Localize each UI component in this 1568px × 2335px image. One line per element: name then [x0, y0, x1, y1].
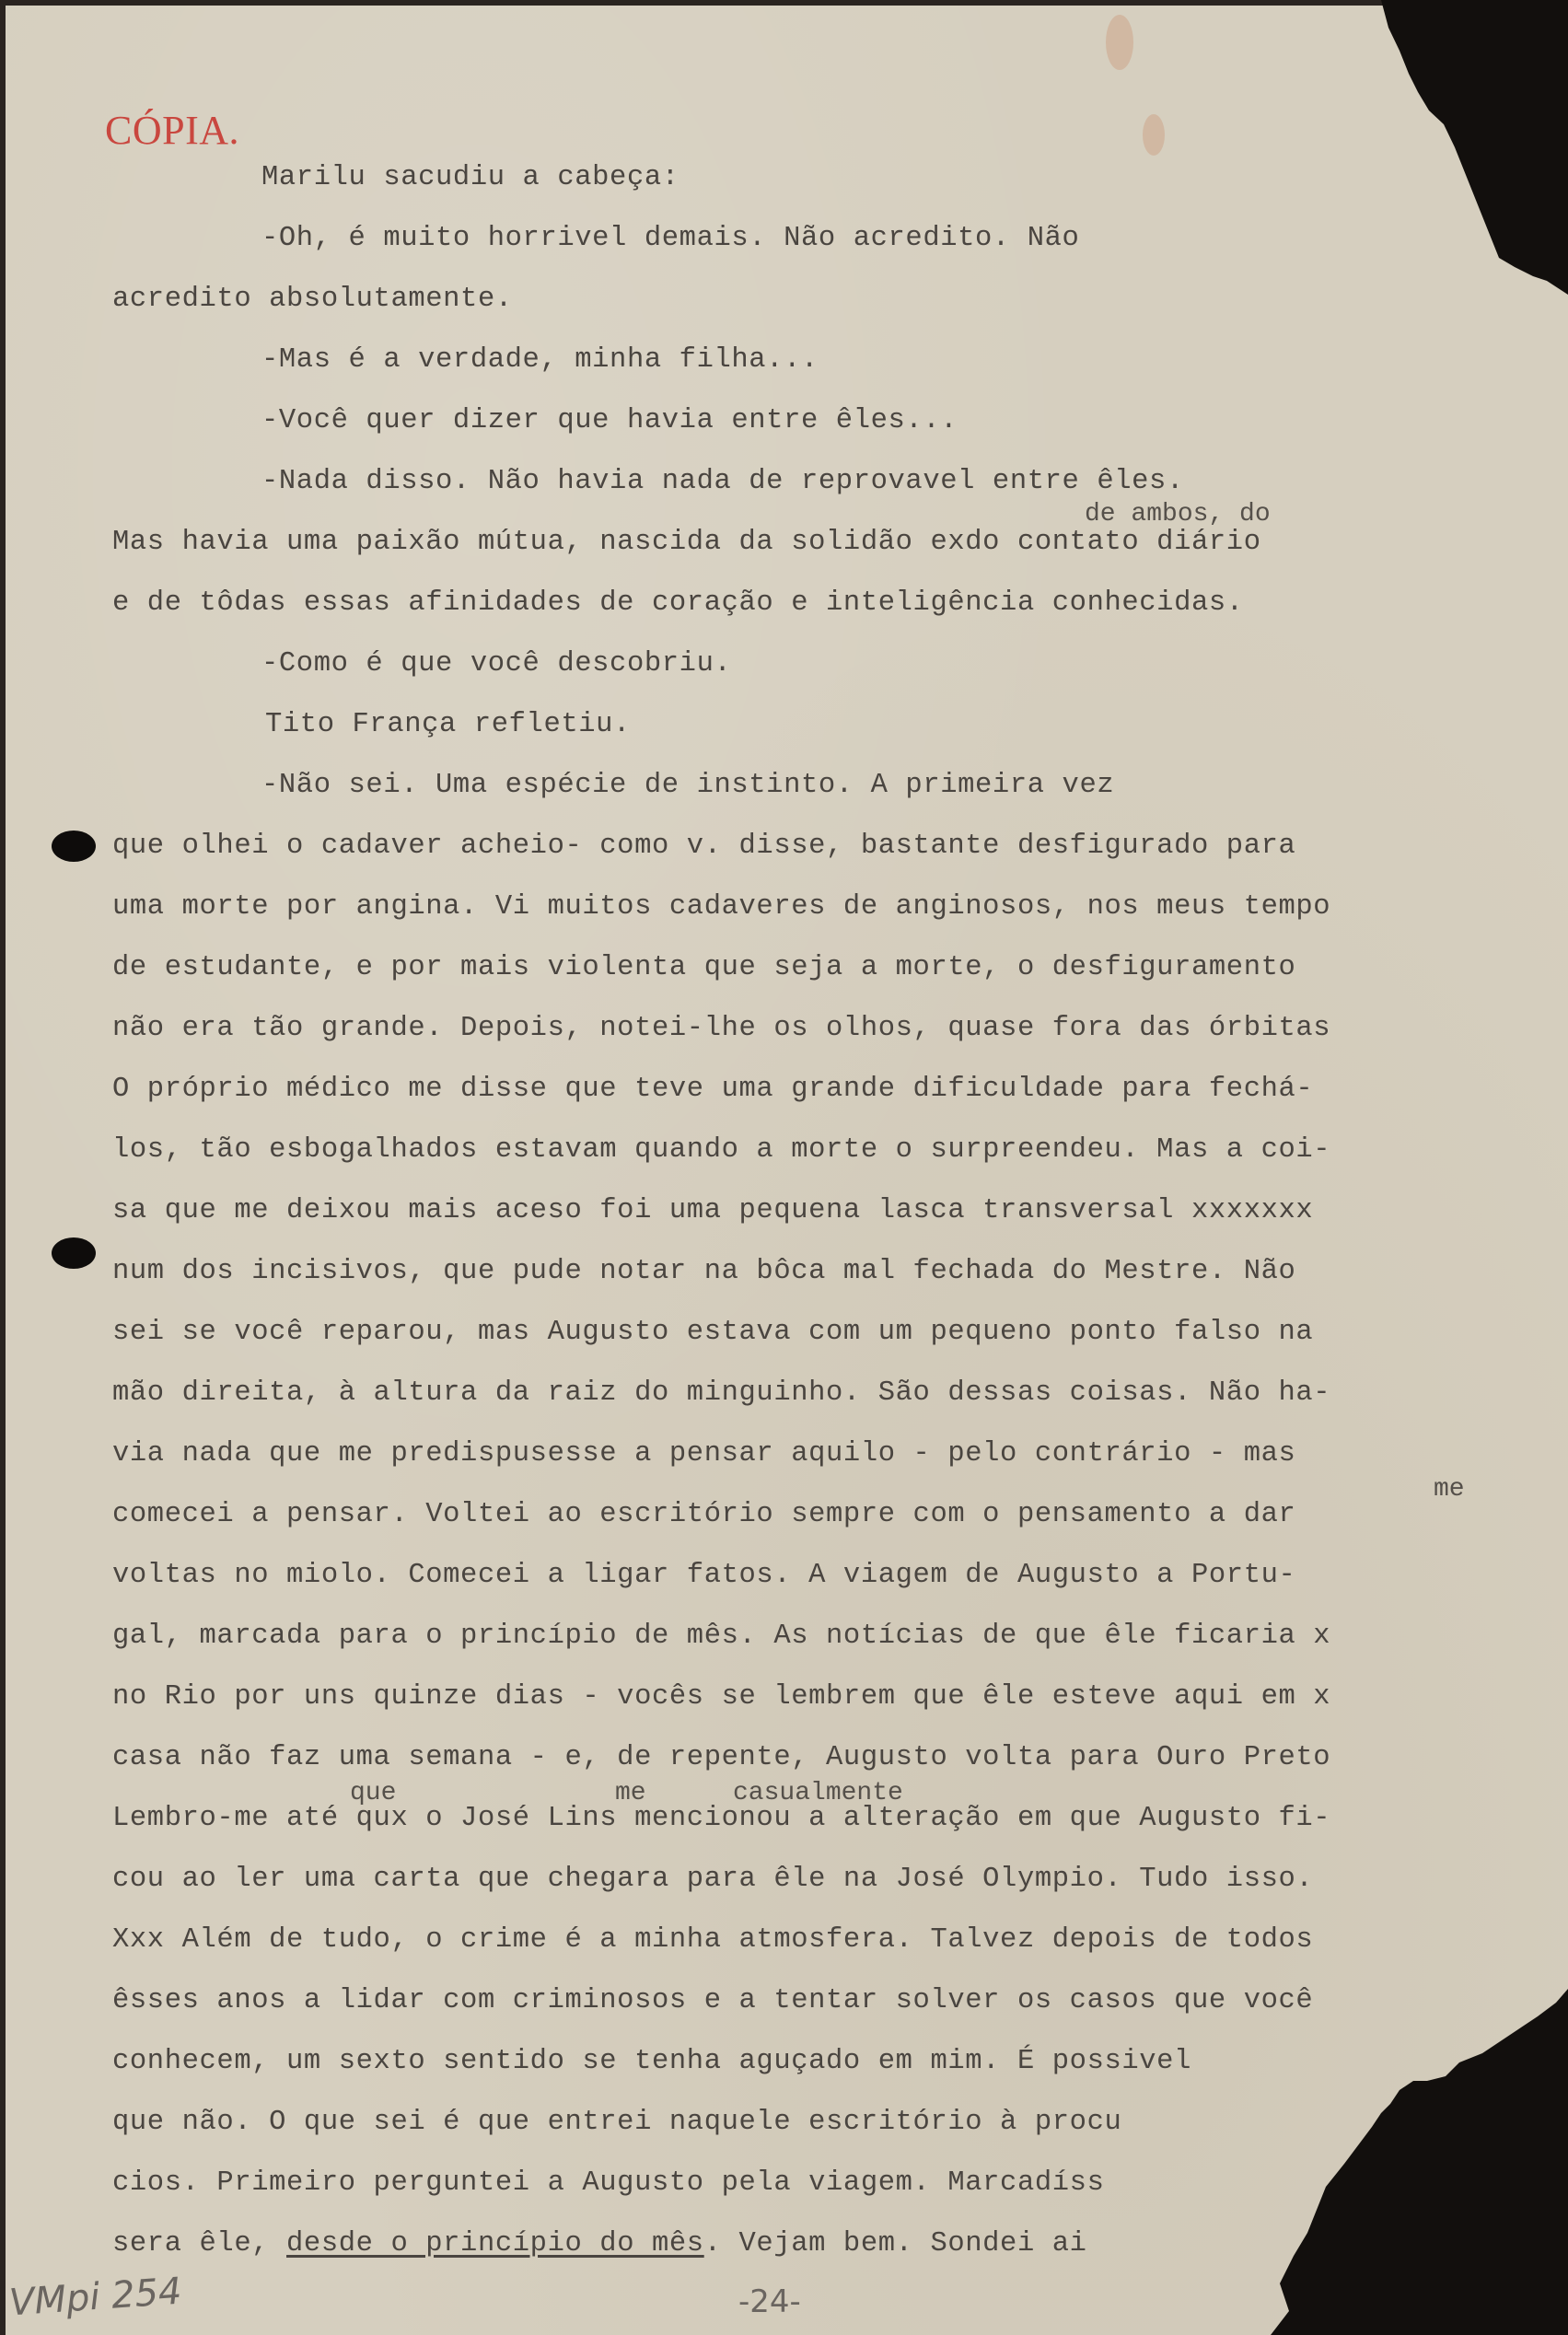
- text-line: -Oh, é muito horrivel demais. Não acredi…: [261, 223, 1079, 254]
- text-line: acredito absolutamente.: [112, 284, 513, 315]
- text-line: sa que me deixou mais aceso foi uma pequ…: [112, 1195, 1313, 1226]
- text-line: num dos incisivos, que pude notar na bôc…: [112, 1256, 1295, 1287]
- text-line: cios. Primeiro perguntei a Augusto pela …: [112, 2167, 1104, 2199]
- interlinear-insertion: de ambos, do: [1085, 500, 1271, 529]
- torn-corner-bottom-right: [1271, 1989, 1568, 2335]
- text-line: Mas havia uma paixão mútua, nascida da s…: [112, 527, 1261, 558]
- text-line: -Como é que você descobriu.: [261, 648, 731, 680]
- copy-stamp: CÓPIA.: [105, 107, 239, 154]
- text-line: sei se você reparou, mas Augusto estava …: [112, 1317, 1313, 1348]
- text-line: Xxx Além de tudo, o crime é a minha atmo…: [112, 1924, 1313, 1956]
- text-line: no Rio por uns quinze dias - vocês se le…: [112, 1681, 1330, 1713]
- text-line: comecei a pensar. Voltei ao escritório s…: [112, 1499, 1295, 1530]
- text-line: -Você quer dizer que havia entre êles...: [261, 405, 958, 436]
- text-line: casa não faz uma semana - e, de repente,…: [112, 1742, 1330, 1773]
- text-line: -Nada disso. Não havia nada de reprovave…: [261, 466, 1184, 497]
- text-line: que não. O que sei é que entrei naquele …: [112, 2107, 1121, 2138]
- text-line: Tito França refletiu.: [265, 709, 631, 740]
- handwritten-catalog-note: VMpi 254: [8, 2271, 183, 2325]
- punch-hole-bottom: [52, 1237, 96, 1269]
- page-number: -24-: [738, 2283, 801, 2320]
- text-line: Lembro-me até qux o José Lins mencionou …: [112, 1803, 1330, 1834]
- text-line: -Mas é a verdade, minha filha...: [261, 344, 819, 376]
- text-line: gal, marcada para o princípio de mês. As…: [112, 1621, 1330, 1652]
- punch-hole-top: [52, 831, 96, 862]
- interlinear-insertion: me: [1434, 1475, 1465, 1504]
- text-line: não era tão grande. Depois, notei-lhe os…: [112, 1013, 1330, 1044]
- text-line: los, tão esbogalhados estavam quando a m…: [112, 1134, 1330, 1166]
- text-line: uma morte por angina. Vi muitos cadavere…: [112, 891, 1330, 923]
- torn-corner-top-right: [1271, 0, 1568, 295]
- underlined-phrase: desde o princípio do mês: [286, 2228, 704, 2259]
- text-line: que olhei o cadaver acheio- como v. diss…: [112, 831, 1295, 862]
- text-line: voltas no miolo. Comecei a ligar fatos. …: [112, 1560, 1295, 1591]
- text-line: de estudante, e por mais violenta que se…: [112, 952, 1295, 983]
- text-line: mão direita, à altura da raiz do minguin…: [112, 1377, 1330, 1409]
- text-line: e de tôdas essas afinidades de coração e…: [112, 587, 1244, 619]
- typewritten-page: CÓPIA. Marilu sacudiu a cabeça: -Oh, é m…: [6, 6, 1568, 2335]
- text-line: -Não sei. Uma espécie de instinto. A pri…: [261, 770, 1114, 801]
- text-line: êsses anos a lidar com criminosos e a te…: [112, 1985, 1313, 2016]
- text-segment: . Vejam bem. Sondei ai: [704, 2228, 1087, 2259]
- text-line: conhecem, um sexto sentido se tenha aguç…: [112, 2046, 1191, 2077]
- text-line: cou ao ler uma carta que chegara para êl…: [112, 1864, 1313, 1895]
- text-line: O próprio médico me disse que teve uma g…: [112, 1074, 1313, 1105]
- stain-mark: [1106, 15, 1133, 70]
- text-line-underlined: sera êle, desde o princípio do mês. Veja…: [112, 2228, 1087, 2259]
- text-line: Marilu sacudiu a cabeça:: [261, 162, 679, 193]
- stain-mark: [1143, 114, 1165, 156]
- text-line: via nada que me predispusesse a pensar a…: [112, 1438, 1295, 1470]
- text-segment: sera êle,: [112, 2228, 286, 2259]
